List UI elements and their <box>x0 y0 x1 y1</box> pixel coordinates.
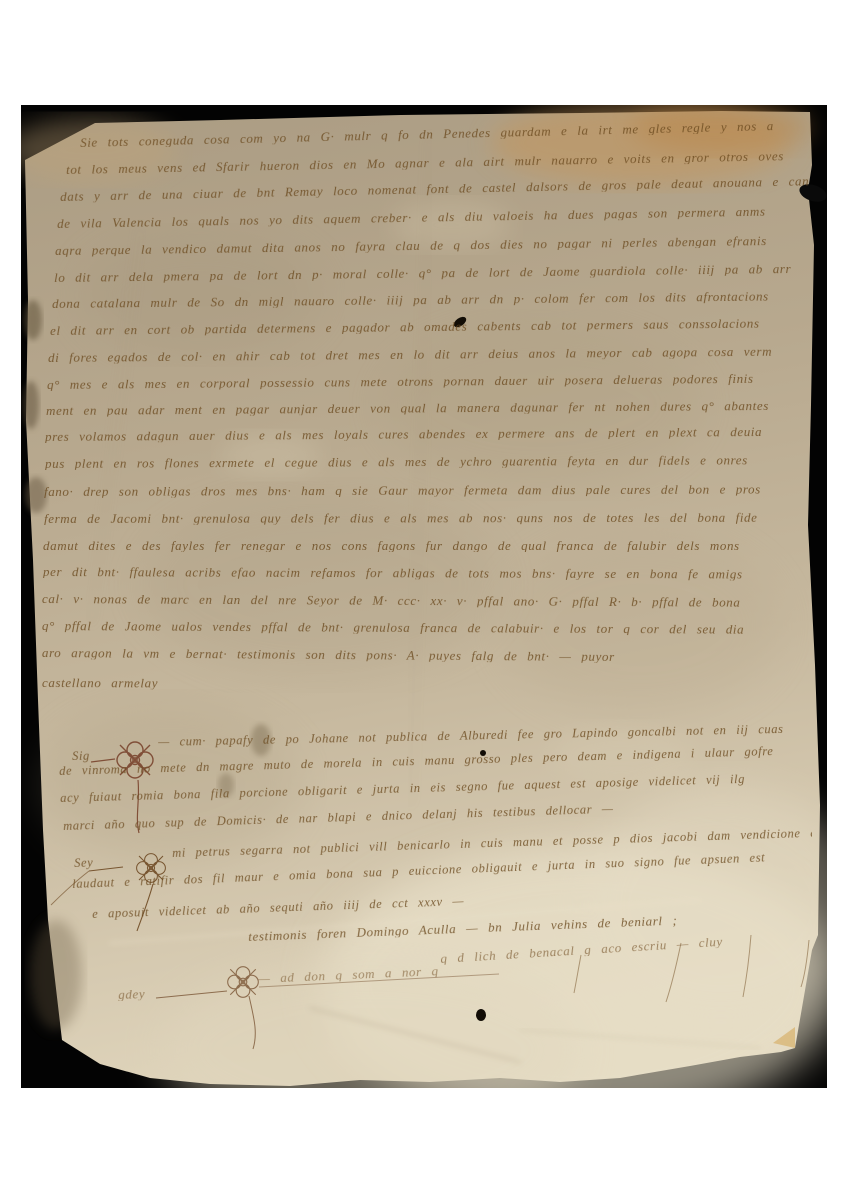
scanned-page: Sie tots coneguda cosa com yo na G· mulr… <box>0 0 848 1200</box>
parchment-image <box>21 105 827 1088</box>
manuscript-photo <box>21 105 827 1088</box>
